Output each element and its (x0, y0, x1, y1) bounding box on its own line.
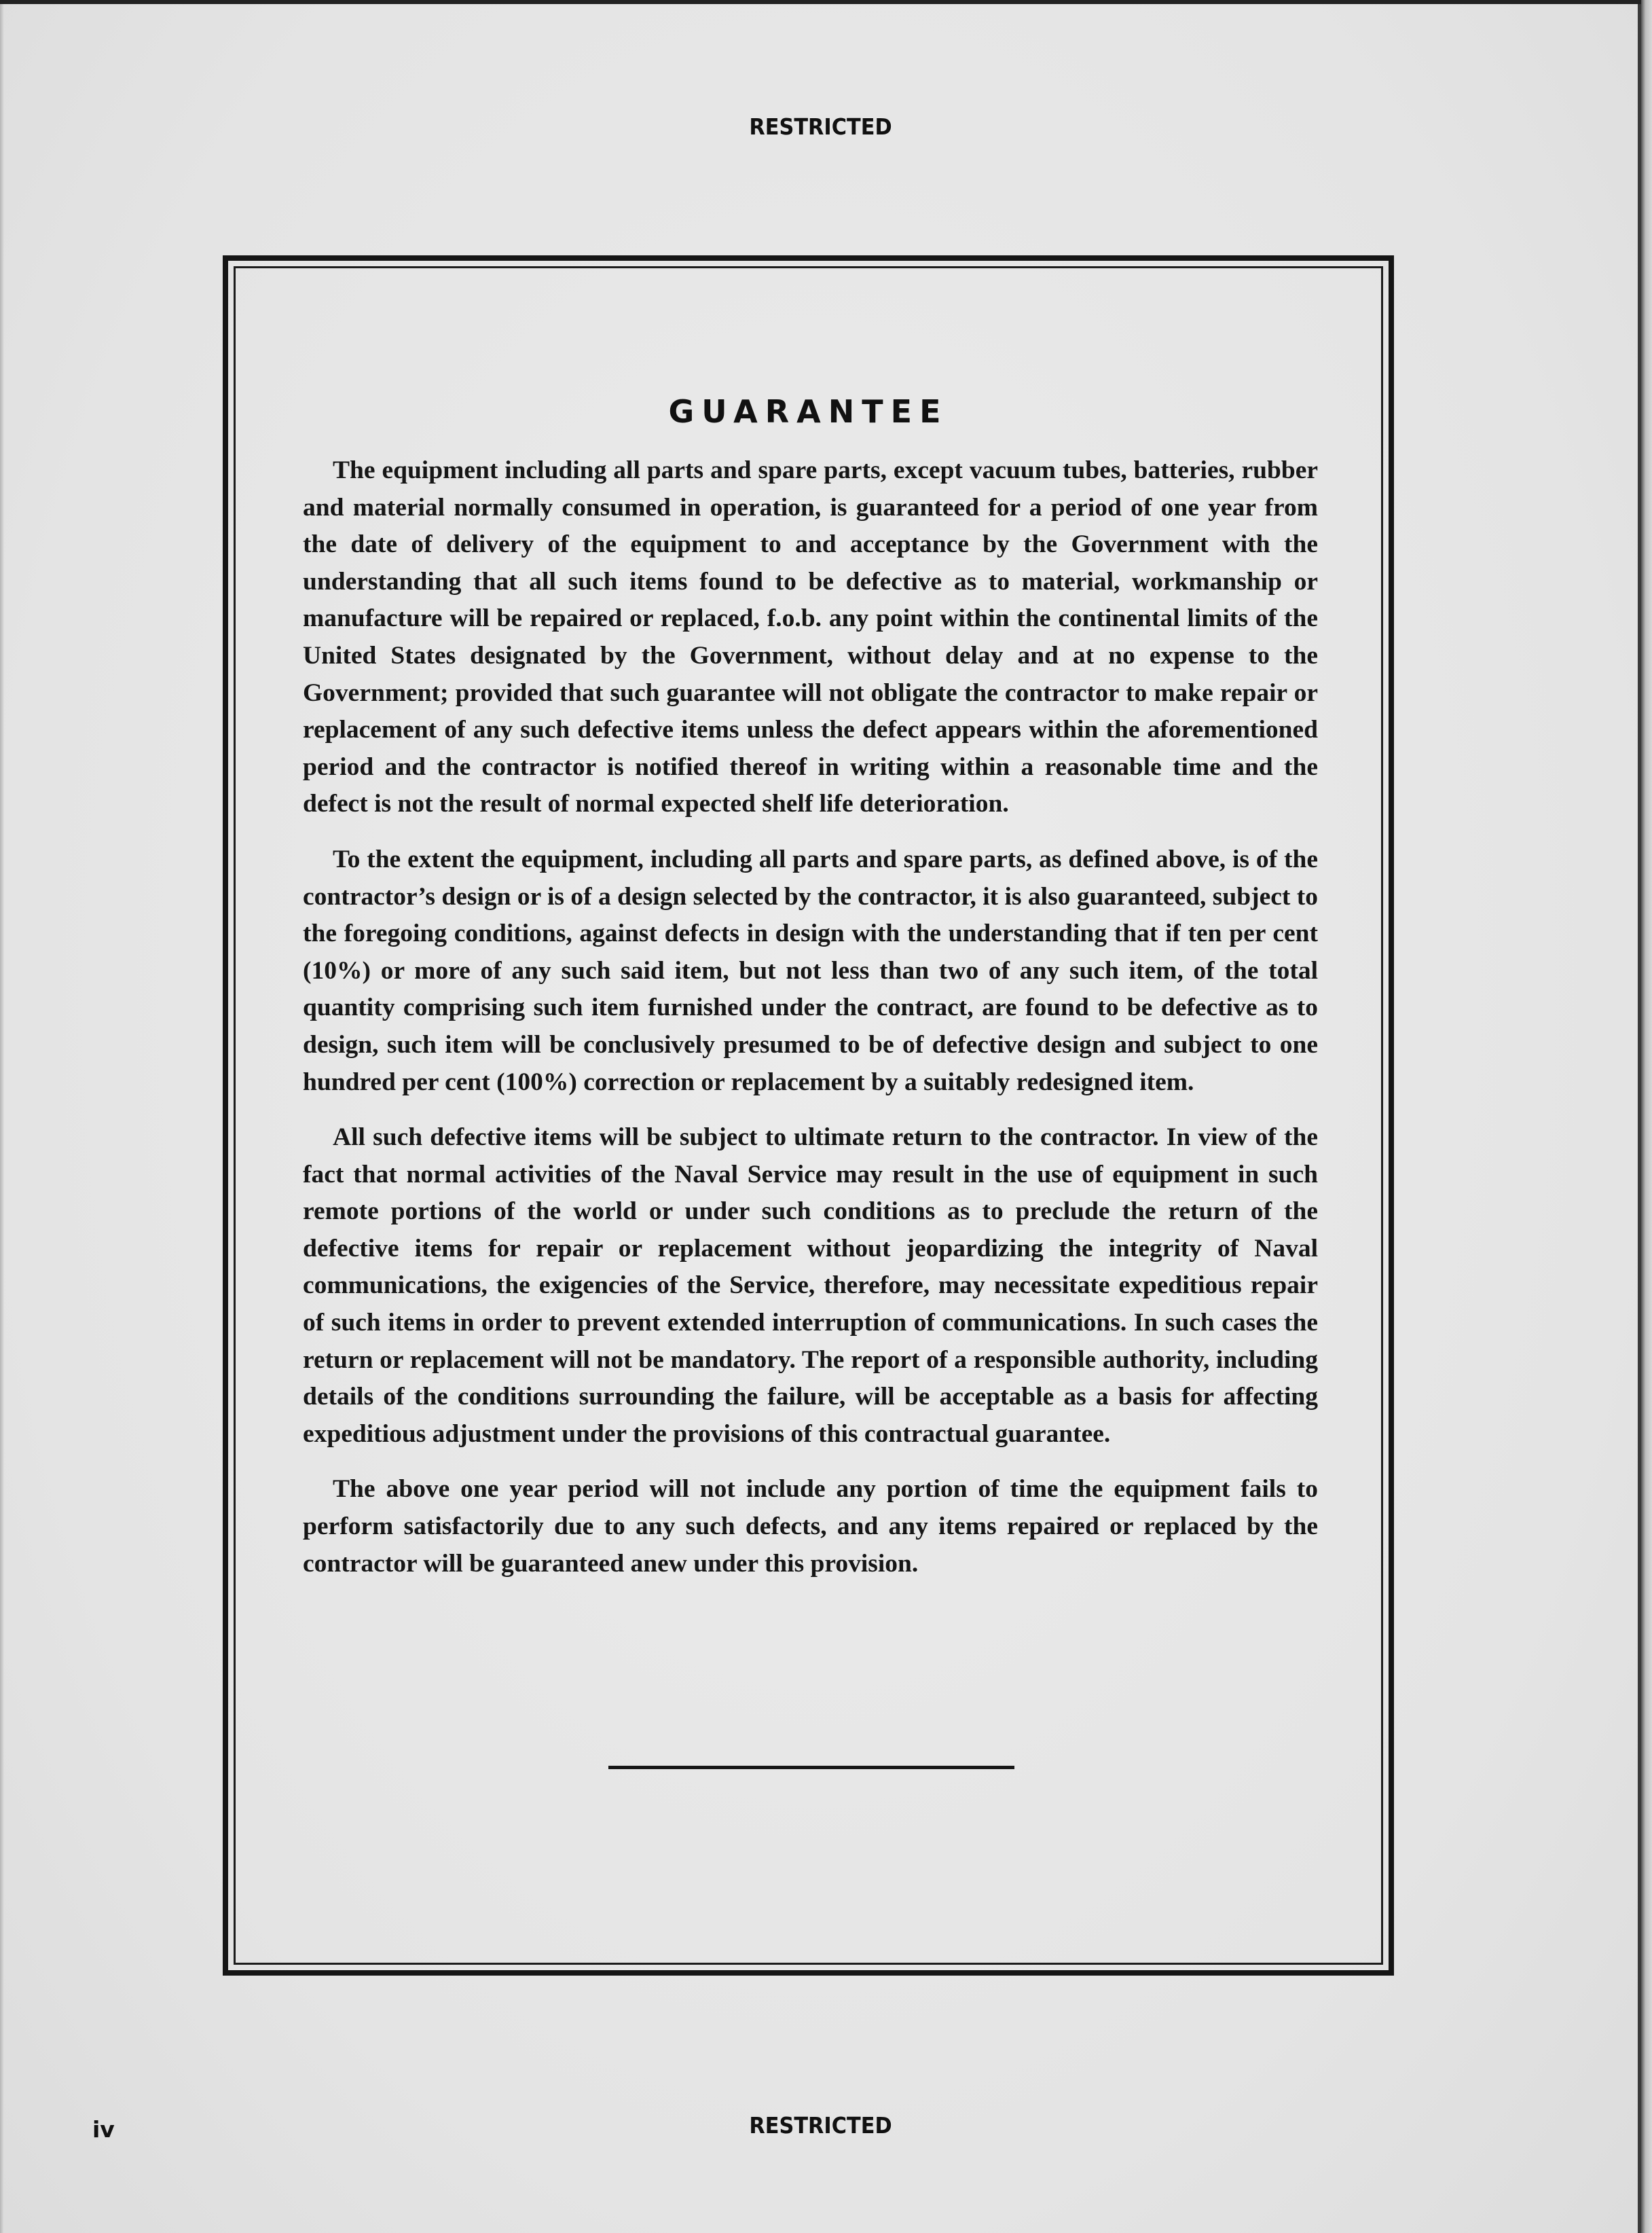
paragraph-4: The above one year period will not inclu… (303, 1471, 1318, 1582)
scan-right-edge (1641, 0, 1652, 2233)
paragraph-1: The equipment including all parts and sp… (303, 452, 1318, 823)
guarantee-body: The equipment including all parts and sp… (303, 452, 1318, 1601)
page-title: GUARANTEE (228, 393, 1389, 430)
footer-classification: RESTRICTED (66, 2112, 1576, 2139)
paragraph-2: To the extent the equipment, including a… (303, 841, 1318, 1101)
page-left-edge (0, 0, 4, 2233)
document-page: RESTRICTED GUARANTEE The equipment inclu… (0, 0, 1641, 2233)
scan-top-edge (0, 0, 1652, 4)
guarantee-frame: GUARANTEE The equipment including all pa… (223, 255, 1394, 1976)
closing-rule-divider (608, 1766, 1014, 1769)
header-classification: RESTRICTED (66, 113, 1576, 140)
paragraph-3: All such defective items will be subject… (303, 1119, 1318, 1453)
